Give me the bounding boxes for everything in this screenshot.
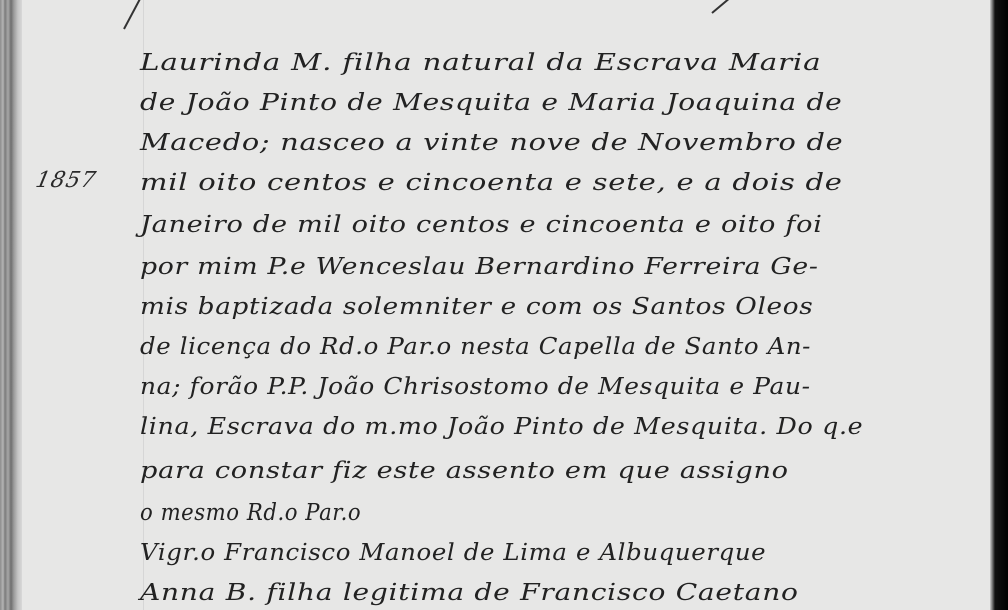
text-line: de licença do Rd.o Par.o nesta Capella d… <box>140 334 811 360</box>
text-line: mil oito centos e cincoenta e sete, e a … <box>140 170 843 196</box>
text-line: Anna B. filha legitima de Francisco Caet… <box>140 580 799 606</box>
previous-entry-stroke <box>123 0 144 29</box>
page-right-border <box>990 0 1008 610</box>
text-line: na; forão P.P. João Chrisostomo de Mesqu… <box>140 374 811 400</box>
text-line: lina, Escrava do m.mo João Pinto de Mesq… <box>140 414 863 440</box>
previous-entry-stroke <box>711 0 734 14</box>
text-line: Macedo; nasceo a vinte nove de Novembro … <box>140 130 843 156</box>
entry-number: 1857 <box>33 168 98 193</box>
book-binding-edge <box>0 0 22 610</box>
text-line: para constar fiz este assento em que ass… <box>140 458 789 484</box>
register-page: 1857 Laurinda M. filha natural da Escrav… <box>0 0 1008 610</box>
text-line: de João Pinto de Mesquita e Maria Joaqui… <box>140 90 842 116</box>
text-line: Laurinda M. filha natural da Escrava Mar… <box>140 50 821 76</box>
signature-line: Vigr.o Francisco Manoel de Lima e Albuqu… <box>140 540 766 566</box>
text-line: o mesmo Rd.o Par.o <box>140 500 361 526</box>
text-line: por mim P.e Wenceslau Bernardino Ferreir… <box>140 254 819 280</box>
text-line: mis baptizada solemniter e com os Santos… <box>140 294 813 320</box>
text-line: Janeiro de mil oito centos e cincoenta e… <box>140 212 823 238</box>
